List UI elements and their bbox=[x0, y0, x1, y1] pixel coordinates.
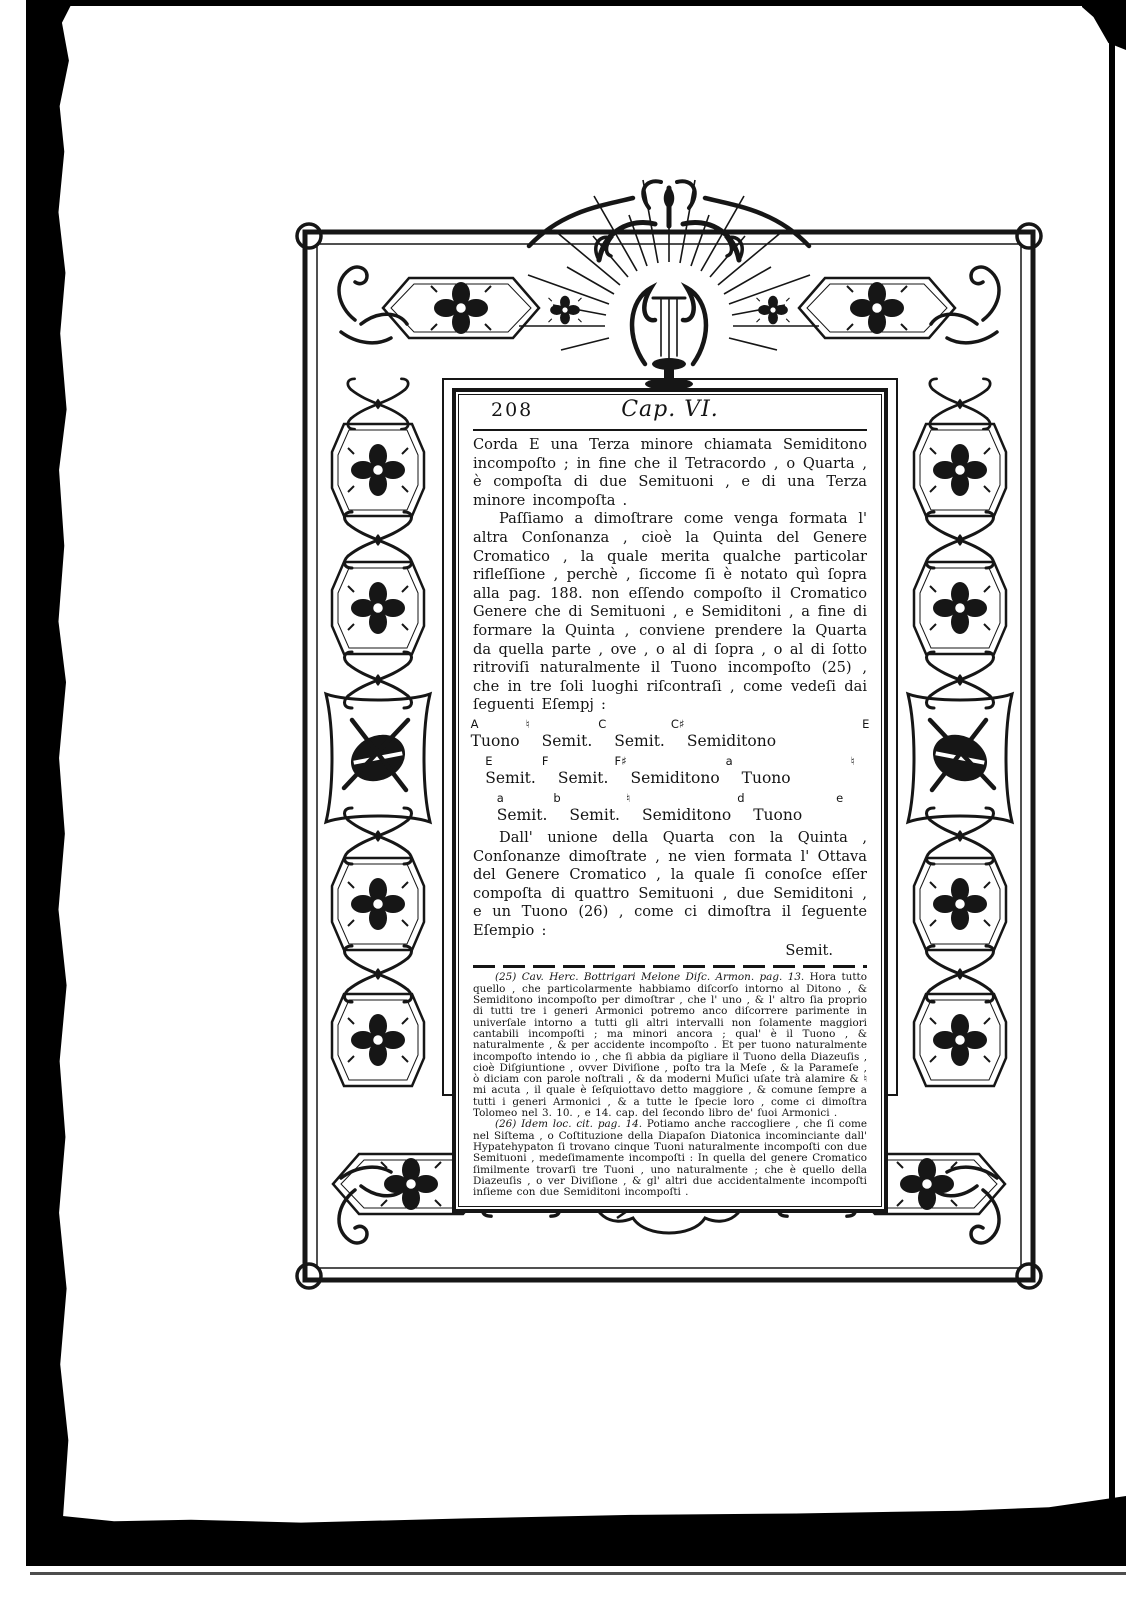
left-band bbox=[326, 379, 430, 1086]
interval-label: Semit. bbox=[542, 731, 593, 751]
note-letter: E bbox=[862, 718, 869, 731]
paragraph-1: Corda E una Terza minore chiamata Semidi… bbox=[473, 436, 867, 510]
interval-label: Semit. bbox=[614, 731, 665, 751]
rosette-icon bbox=[381, 1158, 441, 1210]
footnote-26-text: Potiamo anche raccogliere , che ſi come … bbox=[473, 1118, 867, 1198]
footnote-separator bbox=[473, 965, 867, 968]
scan-edge-bottom bbox=[26, 1496, 1126, 1566]
note-letter: ♮ bbox=[851, 755, 855, 768]
scanned-book-page: 208 Cap. VI. Corda E una Terza minore ch… bbox=[0, 0, 1126, 1600]
text-panel: 208 Cap. VI. Corda E una Terza minore ch… bbox=[452, 388, 888, 1213]
right-band bbox=[908, 379, 1012, 1086]
drum-trophy-icon bbox=[908, 694, 1012, 822]
paragraph-2: Paſſiamo a dimoſtrare come venga formata… bbox=[473, 510, 867, 715]
interval-label: Semit. bbox=[497, 805, 548, 825]
foliate-cross-icon bbox=[345, 512, 412, 568]
header-rule bbox=[473, 429, 867, 431]
scan-edge-top-right bbox=[1082, 0, 1126, 50]
foliate-cross-icon bbox=[927, 512, 994, 568]
foliate-cross-icon bbox=[930, 379, 990, 429]
scan-edge-right bbox=[1109, 28, 1115, 1510]
rosette-icon bbox=[897, 1158, 957, 1210]
rosette-icon bbox=[847, 282, 907, 334]
drum-trophy-icon bbox=[326, 694, 430, 822]
interval-label: Semiditono bbox=[642, 805, 731, 825]
footnote-26: (26) Idem loc. cit. pag. 14. Potiamo anc… bbox=[473, 1119, 867, 1198]
page-header: 208 Cap. VI. bbox=[473, 397, 867, 427]
interval-example-row-1: ATuono ♮Semit. CSemit. C♯Semiditono E bbox=[473, 718, 867, 751]
interval-label: Semiditono bbox=[630, 768, 719, 788]
catchword: Semit. bbox=[473, 942, 867, 959]
note-letter: C bbox=[598, 718, 606, 731]
foliate-cross-icon bbox=[348, 379, 408, 429]
interval-label: Tuono bbox=[753, 805, 802, 825]
rosette-icon bbox=[930, 878, 990, 930]
chapter-title: Cap. VI. bbox=[473, 397, 867, 422]
rosette-icon bbox=[549, 296, 582, 325]
rosette-icon bbox=[757, 296, 790, 325]
note-letter: a bbox=[726, 755, 733, 768]
interval-label: Tuono bbox=[742, 768, 791, 788]
footnote-25-text: Hora tutto quello , che particolarmente … bbox=[473, 971, 867, 1119]
interval-label: Tuono bbox=[471, 731, 520, 751]
note-letter: d bbox=[737, 792, 744, 805]
scan-edge-top bbox=[60, 0, 1126, 6]
footnote-25-citation: (25) Cav. Herc. Bottrigari Melone Diſc. … bbox=[495, 971, 804, 983]
rosette-icon bbox=[348, 878, 408, 930]
lyre-icon bbox=[632, 288, 706, 390]
rosette-icon bbox=[348, 1014, 408, 1066]
note-letter: a bbox=[497, 792, 504, 805]
note-letter: A bbox=[471, 718, 479, 731]
interval-label: Semiditono bbox=[687, 731, 776, 751]
interval-label: Semit. bbox=[558, 768, 609, 788]
note-letter: ♮ bbox=[626, 792, 630, 805]
note-letter: E bbox=[485, 755, 492, 768]
note-letter: ♮ bbox=[526, 718, 530, 731]
note-letter: F♯ bbox=[614, 755, 626, 768]
interval-example-row-3: aSemit. bSemit. ♮Semiditono dTuono e bbox=[473, 792, 867, 825]
rosette-icon bbox=[431, 282, 491, 334]
rosette-icon bbox=[348, 444, 408, 496]
rosette-icon bbox=[930, 444, 990, 496]
interval-example-row-2: ESemit. FSemit. F♯Semiditono aTuono ♮ bbox=[473, 755, 867, 788]
text-panel-inner: 208 Cap. VI. Corda E una Terza minore ch… bbox=[458, 394, 882, 1207]
scan-edge-left bbox=[26, 0, 84, 1516]
interval-label: Semit. bbox=[485, 768, 536, 788]
acanthus-corner-icon bbox=[339, 267, 407, 343]
note-letter: e bbox=[836, 792, 843, 805]
note-letter: F bbox=[542, 755, 549, 768]
rosette-icon bbox=[348, 582, 408, 634]
rosette-icon bbox=[930, 1014, 990, 1066]
footnote-25: (25) Cav. Herc. Bottrigari Melone Diſc. … bbox=[473, 972, 867, 1119]
note-letter: C♯ bbox=[671, 718, 685, 731]
rosette-icon bbox=[930, 582, 990, 634]
acanthus-corner-icon bbox=[931, 267, 999, 343]
scan-edge-bottom-line bbox=[30, 1572, 1126, 1575]
footnote-26-citation: (26) Idem loc. cit. pag. 14. bbox=[495, 1118, 642, 1130]
interval-label: Semit. bbox=[569, 805, 620, 825]
note-letter: b bbox=[553, 792, 560, 805]
paragraph-3: Dall' unione della Quarta con la Quinta … bbox=[473, 829, 867, 941]
